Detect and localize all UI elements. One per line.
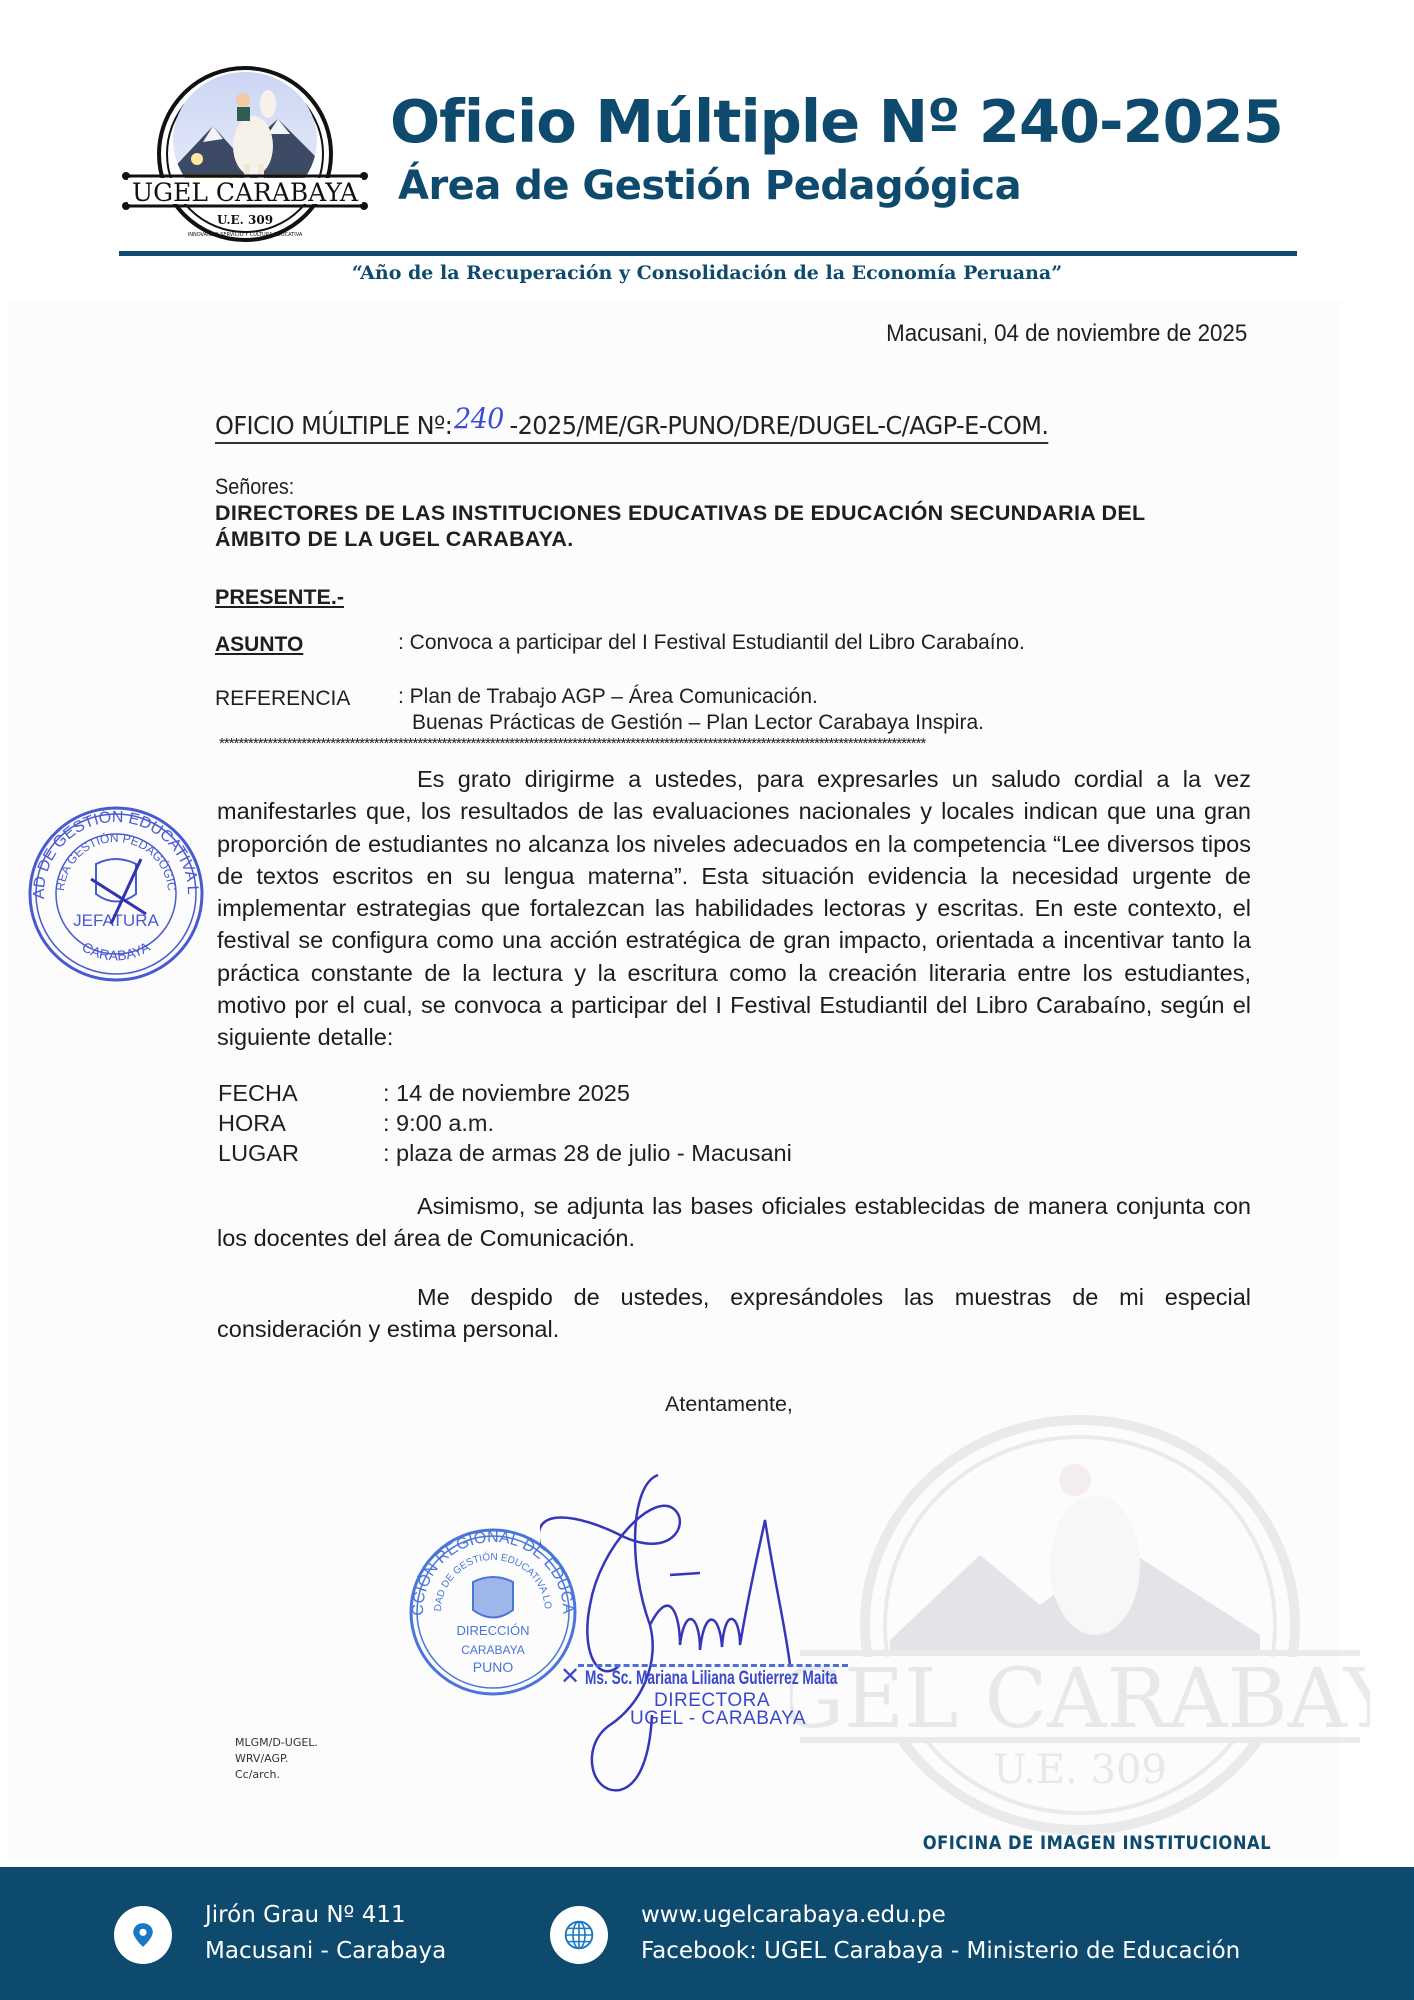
watermark-logo: UGEL CARABAYA U.E. 309 xyxy=(790,1405,1370,1835)
footer-address: Jirón Grau Nº 411 Macusani - Carabaya xyxy=(205,1897,446,1969)
oficio-prefix: OFICIO MÚLTIPLE Nº: xyxy=(215,411,452,440)
presente-label: PRESENTE.- xyxy=(215,585,344,610)
document-title: Oficio Múltiple Nº 240-2025 xyxy=(390,92,1283,151)
ugel-logo: UGEL CARABAYA U.E. 309 INNOVANDO SERVICI… xyxy=(118,64,372,246)
svg-text:U.E. 309: U.E. 309 xyxy=(993,1747,1167,1793)
svg-text:U.E. 309: U.E. 309 xyxy=(217,213,273,227)
signer-organization: UGEL - CARABAYA xyxy=(630,1708,806,1730)
detail-label: HORA xyxy=(218,1108,383,1138)
asunto-value: : Convoca a participar del I Festival Es… xyxy=(398,631,1025,655)
oficio-suffix: -2025/ME/GR-PUNO/DRE/DUGEL-C/AGP-E-COM. xyxy=(510,411,1049,440)
address-line-1: Jirón Grau Nº 411 xyxy=(205,1897,446,1933)
office-label: OFICINA DE IMAGEN INSTITUCIONAL xyxy=(923,1832,1271,1854)
svg-text:UGEL CARABAYA: UGEL CARABAYA xyxy=(790,1652,1370,1747)
oficio-reference: OFICIO MÚLTIPLE Nº:240-2025/ME/GR-PUNO/D… xyxy=(215,408,1048,444)
detail-label: FECHA xyxy=(218,1078,383,1108)
initials-line: MLGM/D-UGEL. xyxy=(235,1735,318,1751)
facebook-link[interactable]: Facebook: UGEL Carabaya - Ministerio de … xyxy=(641,1933,1240,1969)
detail-value: : 9:00 a.m. xyxy=(383,1108,494,1138)
reference-initials: MLGM/D-UGEL. WRV/AGP. Cc/arch. xyxy=(235,1735,318,1783)
body-paragraph-3: Me despido de ustedes, expresándoles las… xyxy=(217,1281,1251,1346)
globe-icon xyxy=(550,1906,608,1964)
detail-row-hora: HORA : 9:00 a.m. xyxy=(218,1108,792,1138)
signature-x-mark: ✕ xyxy=(560,1662,580,1691)
svg-text:UGEL CARABAYA: UGEL CARABAYA xyxy=(132,178,359,207)
svg-text:CARABAYA: CARABAYA xyxy=(461,1643,525,1657)
year-motto: “Año de la Recuperación y Consolidación … xyxy=(0,262,1414,284)
detail-row-fecha: FECHA : 14 de noviembre 2025 xyxy=(218,1078,792,1108)
header-divider xyxy=(119,251,1297,256)
asunto-label: ASUNTO xyxy=(215,633,303,657)
addressee-line-2: ÁMBITO DE LA UGEL CARABAYA. xyxy=(215,527,574,552)
place-date: Macusani, 04 de noviembre de 2025 xyxy=(886,320,1247,348)
oficio-handwritten-number: 240 xyxy=(454,402,504,435)
body-paragraph-2: Asimismo, se adjunta las bases oficiales… xyxy=(217,1190,1251,1255)
svg-text:DIRECCIÓN: DIRECCIÓN xyxy=(457,1623,530,1638)
referencia-label: REFERENCIA xyxy=(215,687,350,711)
event-details: FECHA : 14 de noviembre 2025 HORA : 9:00… xyxy=(218,1078,792,1168)
footer-web: www.ugelcarabaya.edu.pe Facebook: UGEL C… xyxy=(641,1897,1240,1969)
svg-text:PUNO: PUNO xyxy=(473,1659,514,1675)
detail-label: LUGAR xyxy=(218,1138,383,1168)
detail-value: : plaza de armas 28 de julio - Macusani xyxy=(383,1138,792,1168)
initials-line: Cc/arch. xyxy=(235,1767,318,1783)
salutation: Señores: xyxy=(215,474,294,500)
referencia-value-2: Buenas Prácticas de Gestión – Plan Lecto… xyxy=(412,711,984,735)
body-paragraph-1: Es grato dirigirme a ustedes, para expre… xyxy=(217,763,1251,1054)
map-pin-icon xyxy=(114,1906,172,1964)
referencia-value-1: : Plan de Trabajo AGP – Área Comunicació… xyxy=(398,685,818,709)
svg-text:CARABAYA: CARABAYA xyxy=(79,938,153,963)
addressee-line-1: DIRECTORES DE LAS INSTITUCIONES EDUCATIV… xyxy=(215,500,1250,527)
separator-stars: ****************************************… xyxy=(219,737,1249,751)
address-line-2: Macusani - Carabaya xyxy=(205,1933,446,1969)
website-link[interactable]: www.ugelcarabaya.edu.pe xyxy=(641,1897,1240,1933)
svg-text:INNOVANDO SERVICIO Y CULTURA E: INNOVANDO SERVICIO Y CULTURA EDUCATIVA xyxy=(188,232,303,238)
detail-row-lugar: LUGAR : plaza de armas 28 de julio - Mac… xyxy=(218,1138,792,1168)
handwritten-signature xyxy=(540,1465,870,1795)
signature-dotted-line xyxy=(578,1664,848,1667)
detail-value: : 14 de noviembre 2025 xyxy=(383,1078,630,1108)
closing: Atentamente, xyxy=(665,1392,793,1417)
signer-name: Ms. Sc. Mariana Liliana Gutierrez Maita xyxy=(585,1668,837,1690)
initials-line: WRV/AGP. xyxy=(235,1751,318,1767)
department-subtitle: Área de Gestión Pedagógica xyxy=(398,166,1021,206)
jefatura-stamp: UNIDAD DE GESTIÓN EDUCATIVA LOCAL ÁREA G… xyxy=(26,804,206,984)
